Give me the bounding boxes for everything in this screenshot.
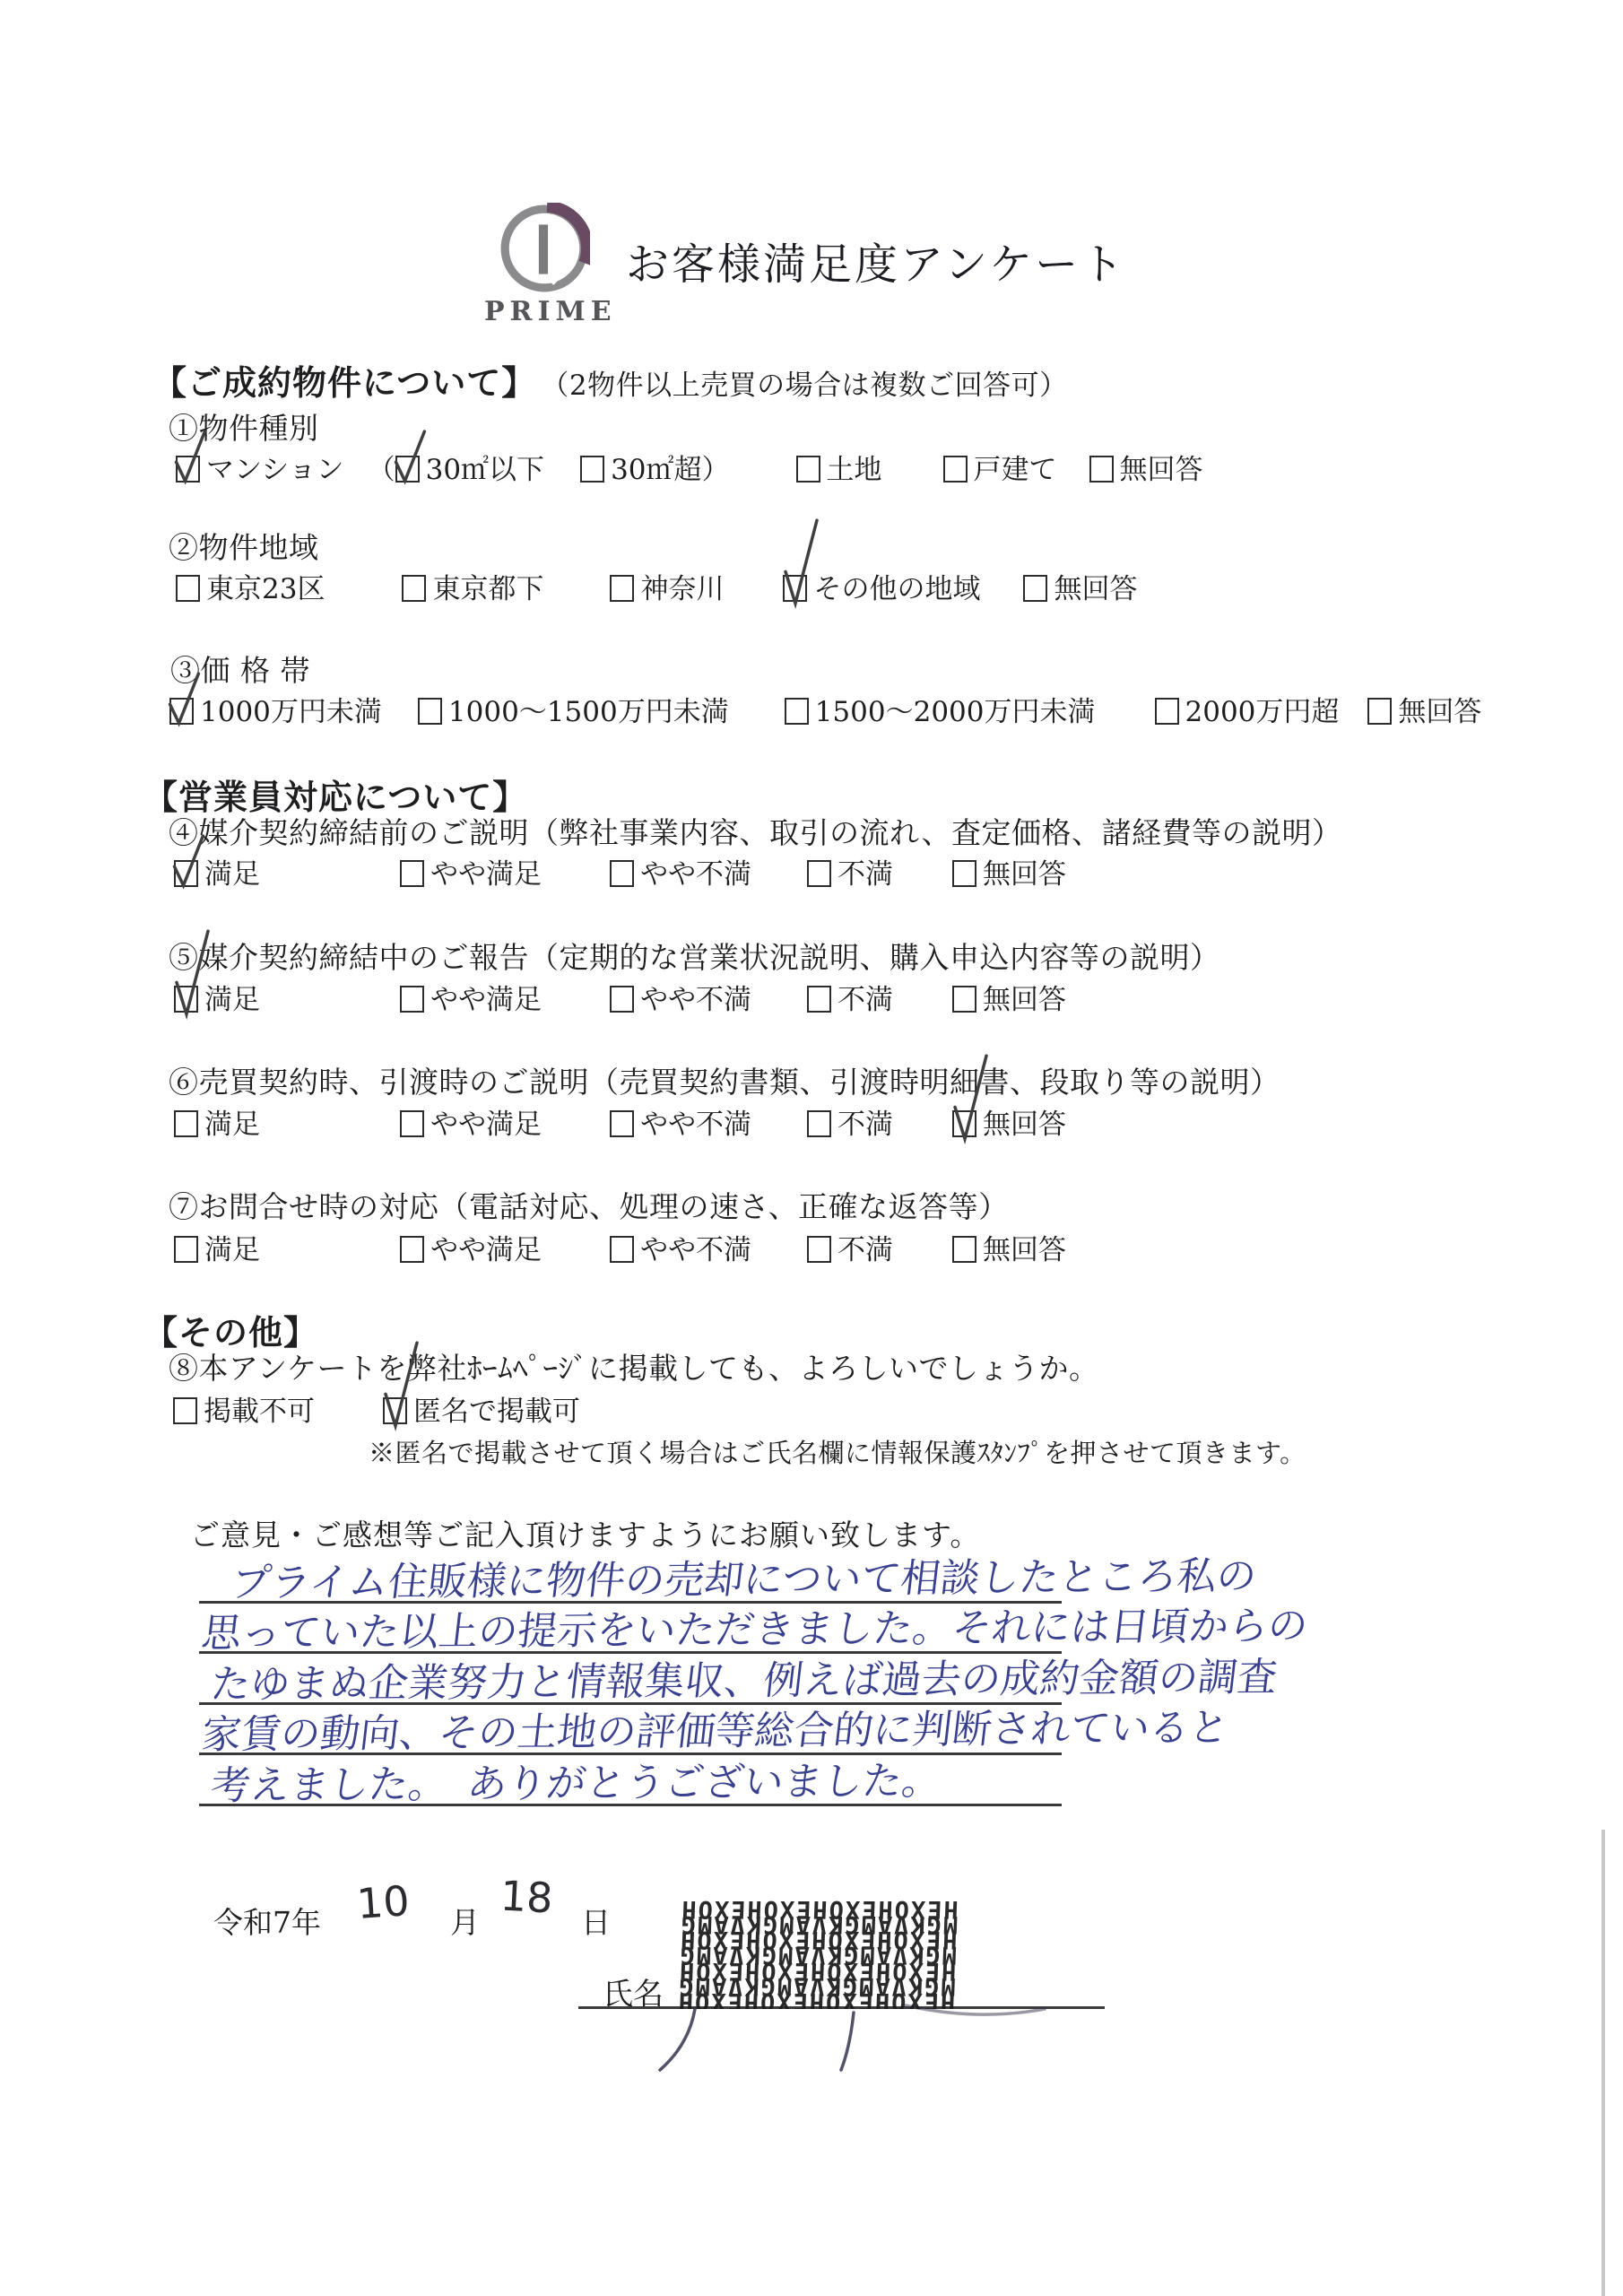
checkbox-label: 30㎡以下 bbox=[426, 454, 544, 486]
era-year-label: 令和7年 bbox=[213, 1900, 321, 1942]
question-4-title: ④媒介契約締結前のご説明（弊社事業内容、取引の流れ、査定価格、諸経費等の説明） bbox=[169, 810, 1341, 852]
section-heading: 【ご成約物件について】 bbox=[152, 362, 536, 403]
checkbox-empty[interactable] bbox=[400, 1110, 424, 1137]
checkbox-label: 30㎡超 bbox=[611, 454, 701, 486]
survey-option: 1500～2000万円未満 bbox=[785, 689, 1096, 729]
survey-option: 無回答 bbox=[1367, 689, 1481, 729]
checkbox-empty[interactable] bbox=[176, 575, 200, 602]
checkbox-empty[interactable] bbox=[400, 1236, 424, 1263]
checkbox-label: 無回答 bbox=[1054, 573, 1137, 605]
checkbox-empty[interactable] bbox=[610, 1110, 634, 1137]
checkbox-empty[interactable] bbox=[807, 1110, 831, 1137]
survey-option: その他の地域 bbox=[783, 566, 980, 606]
survey-option: やや不満 bbox=[610, 1101, 751, 1142]
checkbox-empty[interactable] bbox=[807, 986, 831, 1013]
question-6-options: 満足やや満足やや不満不満無回答 bbox=[174, 1101, 1066, 1142]
question-5-title: ⑤媒介契約締結中のご報告（定期的な営業状況説明、購入申込内容等の説明） bbox=[169, 935, 1220, 977]
checkbox-empty[interactable] bbox=[785, 698, 809, 725]
checkbox-empty[interactable] bbox=[807, 860, 831, 887]
checkbox-label: やや満足 bbox=[430, 858, 542, 891]
handwritten-comment-line: 考えました。 ありがとうございました。 bbox=[208, 1748, 945, 1811]
survey-option: 無回答 bbox=[952, 851, 1066, 891]
survey-option: 満足 bbox=[174, 1101, 260, 1142]
paren-open: （ bbox=[368, 454, 395, 486]
checkbox-label: やや満足 bbox=[430, 984, 542, 1016]
checkbox-checked[interactable] bbox=[174, 986, 198, 1013]
scanned-survey-page: PRIME お客様満足度アンケート 【ご成約物件について】 （2物件以上売買の場… bbox=[0, 0, 1623, 2296]
survey-option: 戸建て bbox=[943, 447, 1057, 487]
question-3-title: ③価 格 帯 bbox=[170, 648, 310, 690]
checkbox-label: 不満 bbox=[838, 1109, 893, 1141]
survey-option: 30㎡超） bbox=[580, 447, 729, 487]
question-5-options: 満足やや満足やや不満不満無回答 bbox=[174, 977, 1066, 1017]
survey-option: 満足 bbox=[174, 851, 260, 891]
handwritten-month-value: 10 bbox=[355, 1876, 411, 1928]
checkbox-checked[interactable] bbox=[176, 456, 200, 483]
checkbox-label: 不満 bbox=[838, 858, 893, 891]
checkbox-label: 満足 bbox=[204, 984, 260, 1016]
checkbox-label: やや満足 bbox=[430, 1109, 542, 1141]
prime-logo-wordmark: PRIME bbox=[484, 296, 606, 327]
checkbox-empty[interactable] bbox=[952, 860, 976, 887]
checkbox-label: 無回答 bbox=[1120, 454, 1203, 486]
survey-option: 無回答 bbox=[952, 1227, 1066, 1267]
checkbox-label: 戸建て bbox=[974, 454, 1057, 486]
checkbox-empty[interactable] bbox=[610, 986, 634, 1013]
survey-option: 1000万円未満 bbox=[169, 689, 382, 729]
signature-ink bbox=[574, 1998, 1112, 2083]
survey-option: 1000～1500万円未満 bbox=[418, 689, 729, 729]
checkbox-empty[interactable] bbox=[400, 860, 424, 887]
section-note: （2物件以上売買の場合は複数ご回答可） bbox=[541, 370, 1067, 402]
checkbox-label: 土地 bbox=[827, 454, 882, 486]
checkbox-empty[interactable] bbox=[402, 575, 426, 602]
checkbox-label: 無回答 bbox=[1398, 696, 1481, 728]
question-1-options: マンション（30㎡以下30㎡超）土地戸建て無回答 bbox=[176, 447, 1203, 487]
survey-option: 神奈川 bbox=[610, 566, 724, 606]
checkbox-empty[interactable] bbox=[400, 986, 424, 1013]
checkbox-label: 不満 bbox=[838, 984, 893, 1016]
checkbox-checked[interactable] bbox=[395, 456, 420, 483]
checkbox-label: 満足 bbox=[204, 1234, 260, 1266]
paren-close: ） bbox=[702, 454, 730, 486]
checkbox-label: 1500～2000万円未満 bbox=[815, 696, 1096, 728]
checkbox-label: 無回答 bbox=[983, 1109, 1066, 1141]
question-1-title: ①物件種別 bbox=[169, 405, 319, 448]
checkbox-checked[interactable] bbox=[174, 860, 198, 887]
prime-logo-icon bbox=[499, 203, 590, 294]
checkbox-empty[interactable] bbox=[610, 575, 634, 602]
survey-option: やや不満 bbox=[610, 977, 751, 1017]
question-3-options: 1000万円未満1000～1500万円未満1500～2000万円未満2000万円… bbox=[169, 689, 1481, 729]
checkbox-label: 東京23区 bbox=[206, 573, 325, 605]
question-2-options: 東京23区東京都下神奈川その他の地域無回答 bbox=[176, 566, 1137, 606]
checkbox-empty[interactable] bbox=[173, 1397, 197, 1424]
checkbox-label: その他の地域 bbox=[813, 573, 980, 605]
handwritten-day-value: 18 bbox=[499, 1872, 554, 1923]
survey-option: 東京23区 bbox=[176, 566, 325, 606]
checkbox-label: やや不満 bbox=[640, 1234, 751, 1266]
checkbox-checked[interactable] bbox=[169, 698, 194, 725]
checkbox-empty[interactable] bbox=[952, 986, 976, 1013]
checkbox-empty[interactable] bbox=[943, 456, 968, 483]
day-label: 日 bbox=[581, 1900, 611, 1942]
survey-option: 不満 bbox=[807, 977, 893, 1017]
checkbox-empty[interactable] bbox=[610, 860, 634, 887]
month-label: 月 bbox=[450, 1900, 480, 1942]
privacy-stamp: HEXOHEXOHEXOHEXOHMGKVAMGKVAMGKVAMGHEXOHE… bbox=[650, 1900, 959, 2009]
checkbox-empty[interactable] bbox=[418, 698, 442, 725]
survey-option: 掲載不可 bbox=[173, 1388, 315, 1429]
survey-option: 2000万円超 bbox=[1155, 689, 1340, 729]
survey-option: 無回答 bbox=[952, 1101, 1066, 1142]
survey-option: やや満足 bbox=[400, 1227, 542, 1267]
survey-option: 満足 bbox=[174, 1227, 260, 1267]
checkbox-empty[interactable] bbox=[1089, 456, 1114, 483]
checkbox-empty[interactable] bbox=[807, 1236, 831, 1263]
checkbox-empty[interactable] bbox=[796, 456, 820, 483]
survey-option: （30㎡以下 bbox=[368, 447, 544, 487]
question-7-options: 満足やや満足やや不満不満無回答 bbox=[174, 1227, 1066, 1267]
checkbox-label: 満足 bbox=[204, 1109, 260, 1141]
checkbox-empty[interactable] bbox=[610, 1236, 634, 1263]
checkbox-empty[interactable] bbox=[1367, 698, 1392, 725]
survey-option: やや満足 bbox=[400, 1101, 542, 1142]
survey-option: 不満 bbox=[807, 851, 893, 891]
checkbox-label: 2000万円超 bbox=[1185, 696, 1340, 728]
checkbox-checked[interactable] bbox=[783, 575, 807, 602]
section-contract-heading-row: 【ご成約物件について】 （2物件以上売買の場合は複数ご回答可） bbox=[152, 355, 1068, 404]
question-2-title: ②物件地域 bbox=[169, 525, 319, 567]
survey-option: やや満足 bbox=[400, 851, 542, 891]
survey-option: 無回答 bbox=[952, 977, 1066, 1017]
question-6-title: ⑥売買契約時、引渡時のご説明（売買契約書類、引渡時明細書、段取り等の説明） bbox=[169, 1059, 1280, 1101]
survey-option: 土地 bbox=[796, 447, 882, 487]
anonymous-stamp-note: ※匿名で掲載させて頂く場合はご氏名欄に情報保護ｽﾀﾝﾌﾟを押させて頂きます。 bbox=[369, 1433, 1306, 1470]
survey-option: 東京都下 bbox=[402, 566, 543, 606]
survey-option: マンション bbox=[176, 447, 344, 487]
checkbox-empty[interactable] bbox=[1155, 698, 1179, 725]
checkbox-empty[interactable] bbox=[580, 456, 604, 483]
checkbox-label: 神奈川 bbox=[640, 573, 724, 605]
question-7-title: ⑦お問合せ時の対応（電話対応、処理の速さ、正確な返答等） bbox=[169, 1184, 1009, 1226]
question-8-options: 掲載不可匿名で掲載可 bbox=[173, 1388, 580, 1429]
checkbox-empty[interactable] bbox=[174, 1236, 198, 1263]
checkbox-empty[interactable] bbox=[174, 1110, 198, 1137]
checkbox-empty[interactable] bbox=[1023, 575, 1047, 602]
survey-option: 無回答 bbox=[1089, 447, 1203, 487]
checkbox-label: 無回答 bbox=[983, 1234, 1066, 1266]
page-title: お客様満足度アンケート bbox=[626, 230, 1126, 291]
checkbox-label: マンション bbox=[206, 454, 344, 486]
question-4-options: 満足やや満足やや不満不満無回答 bbox=[174, 851, 1066, 891]
survey-option: 匿名で掲載可 bbox=[383, 1388, 580, 1429]
checkbox-label: 掲載不可 bbox=[204, 1396, 315, 1428]
survey-option: やや不満 bbox=[610, 851, 751, 891]
survey-option: 無回答 bbox=[1023, 566, 1137, 606]
checkbox-label: やや満足 bbox=[430, 1234, 542, 1266]
checkbox-label: 無回答 bbox=[983, 984, 1066, 1016]
checkbox-label: 東京都下 bbox=[432, 573, 543, 605]
checkbox-label: 1000万円未満 bbox=[200, 696, 382, 728]
checkbox-label: 無回答 bbox=[983, 858, 1066, 891]
checkbox-label: 満足 bbox=[204, 858, 260, 891]
handwritten-comment-area: プライム住販様に物件の売却について相談したところ私の思っていた以上の提示をいただ… bbox=[199, 1544, 1454, 1840]
checkbox-label: やや不満 bbox=[640, 984, 751, 1016]
checkbox-label: やや不満 bbox=[640, 858, 751, 891]
survey-option: 満足 bbox=[174, 977, 260, 1017]
checkbox-label: 1000～1500万円未満 bbox=[448, 696, 729, 728]
checkbox-empty[interactable] bbox=[952, 1236, 976, 1263]
survey-option: 不満 bbox=[807, 1101, 893, 1142]
survey-option: 不満 bbox=[807, 1227, 893, 1267]
privacy-stamp-row: HEXOHEXOHEXOHEXOH bbox=[653, 1901, 959, 1917]
checkbox-checked[interactable] bbox=[952, 1110, 976, 1137]
checkbox-checked[interactable] bbox=[383, 1397, 407, 1424]
checkbox-label: やや不満 bbox=[640, 1109, 751, 1141]
survey-option: やや不満 bbox=[610, 1227, 751, 1267]
checkbox-label: 不満 bbox=[838, 1234, 893, 1266]
question-8-title: ⑧本アンケートを弊社ﾎｰﾑﾍﾟｰｼﾞに掲載しても、よろしいでしょうか。 bbox=[169, 1345, 1099, 1387]
scan-edge-shadow bbox=[1601, 1830, 1605, 2296]
survey-option: やや満足 bbox=[400, 977, 542, 1017]
checkbox-label: 匿名で掲載可 bbox=[413, 1396, 580, 1428]
